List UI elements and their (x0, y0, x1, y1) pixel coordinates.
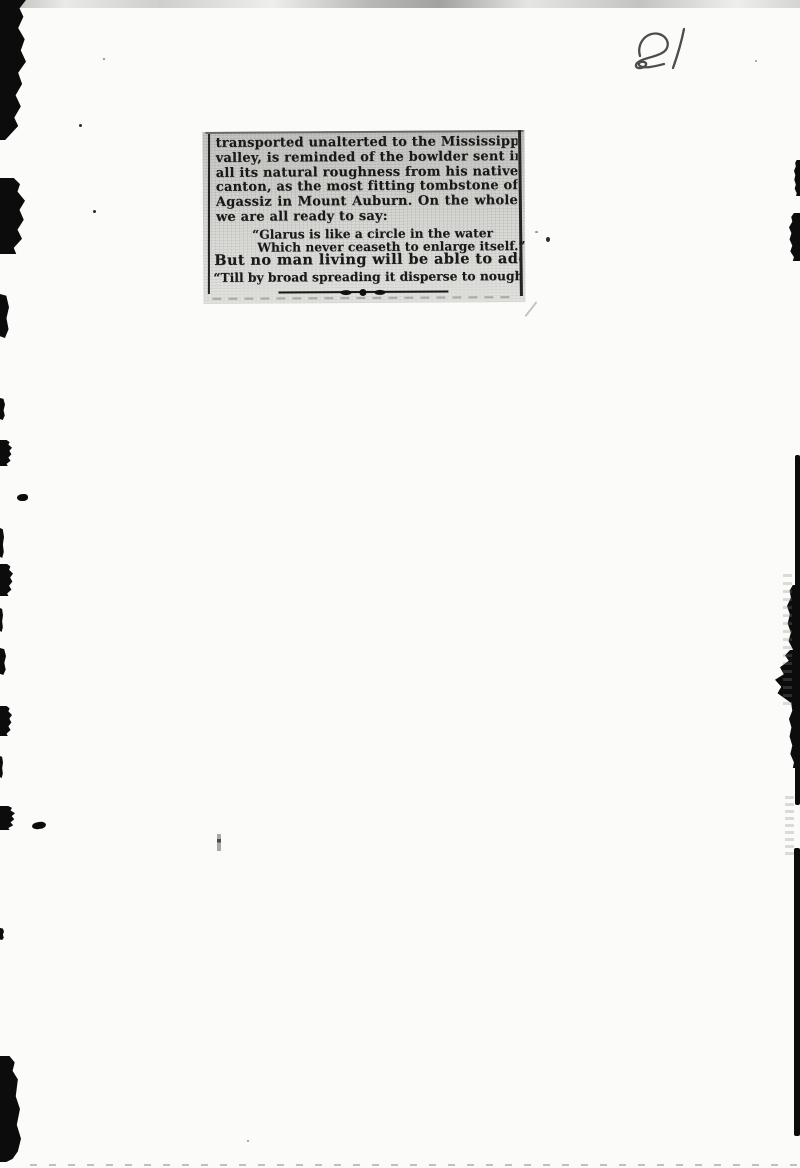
ink-speck (79, 124, 82, 127)
ink-blotch (794, 160, 800, 196)
ink-blotch (794, 848, 800, 1136)
ink-blotch (0, 706, 12, 736)
ink-speck (103, 58, 105, 60)
scan-noise (783, 570, 792, 705)
ink-blotch (0, 0, 26, 140)
ink-blotch (795, 765, 800, 805)
ink-speck (535, 231, 538, 233)
ink-blotch (32, 821, 47, 830)
ink-blotch (0, 648, 6, 675)
newspaper-clipping: transported unalterted to the Mississipp… (202, 130, 525, 304)
ink-blotch (789, 698, 800, 768)
divider-leaf (374, 289, 385, 294)
scanned-page: transported unalterted to the Mississipp… (0, 0, 800, 1168)
ink-blotch (789, 213, 800, 261)
scan-edge-dots (30, 1164, 800, 1166)
scan-noise (785, 795, 794, 855)
scan-edge-band (0, 0, 800, 8)
ink-blotch (0, 756, 3, 778)
ink-blotch (0, 294, 9, 338)
ink-blotch (0, 528, 4, 558)
ink-speck (247, 1140, 249, 1142)
clipping-border (208, 134, 210, 294)
divider-ornament (278, 287, 448, 296)
divider-leaf (340, 290, 351, 295)
ink-speck (546, 237, 550, 242)
ink-speck (755, 60, 757, 62)
ink-blotch (0, 928, 4, 940)
ink-blotch (0, 1056, 21, 1162)
ink-blotch (0, 806, 15, 830)
ink-speck (217, 834, 221, 851)
handwritten-page-number (628, 26, 700, 76)
clipping-quote-line: “Till by broad spreading it disperse to … (213, 268, 520, 285)
clipping-text-line: we are all ready to say: (216, 209, 518, 226)
ink-blotch (0, 178, 25, 254)
divider-dot (359, 288, 366, 295)
ink-blotch (0, 564, 13, 596)
ink-blotch (0, 398, 5, 420)
ink-blotch (795, 455, 800, 590)
clipping-text-line: But no man living will be able to add: (214, 250, 519, 269)
ink-blotch (17, 494, 28, 501)
ink-speck (93, 210, 96, 213)
ink-speck (525, 301, 537, 316)
ink-blotch (0, 608, 3, 632)
ink-blotch (0, 440, 12, 466)
clipping-torn-edge (212, 296, 512, 300)
